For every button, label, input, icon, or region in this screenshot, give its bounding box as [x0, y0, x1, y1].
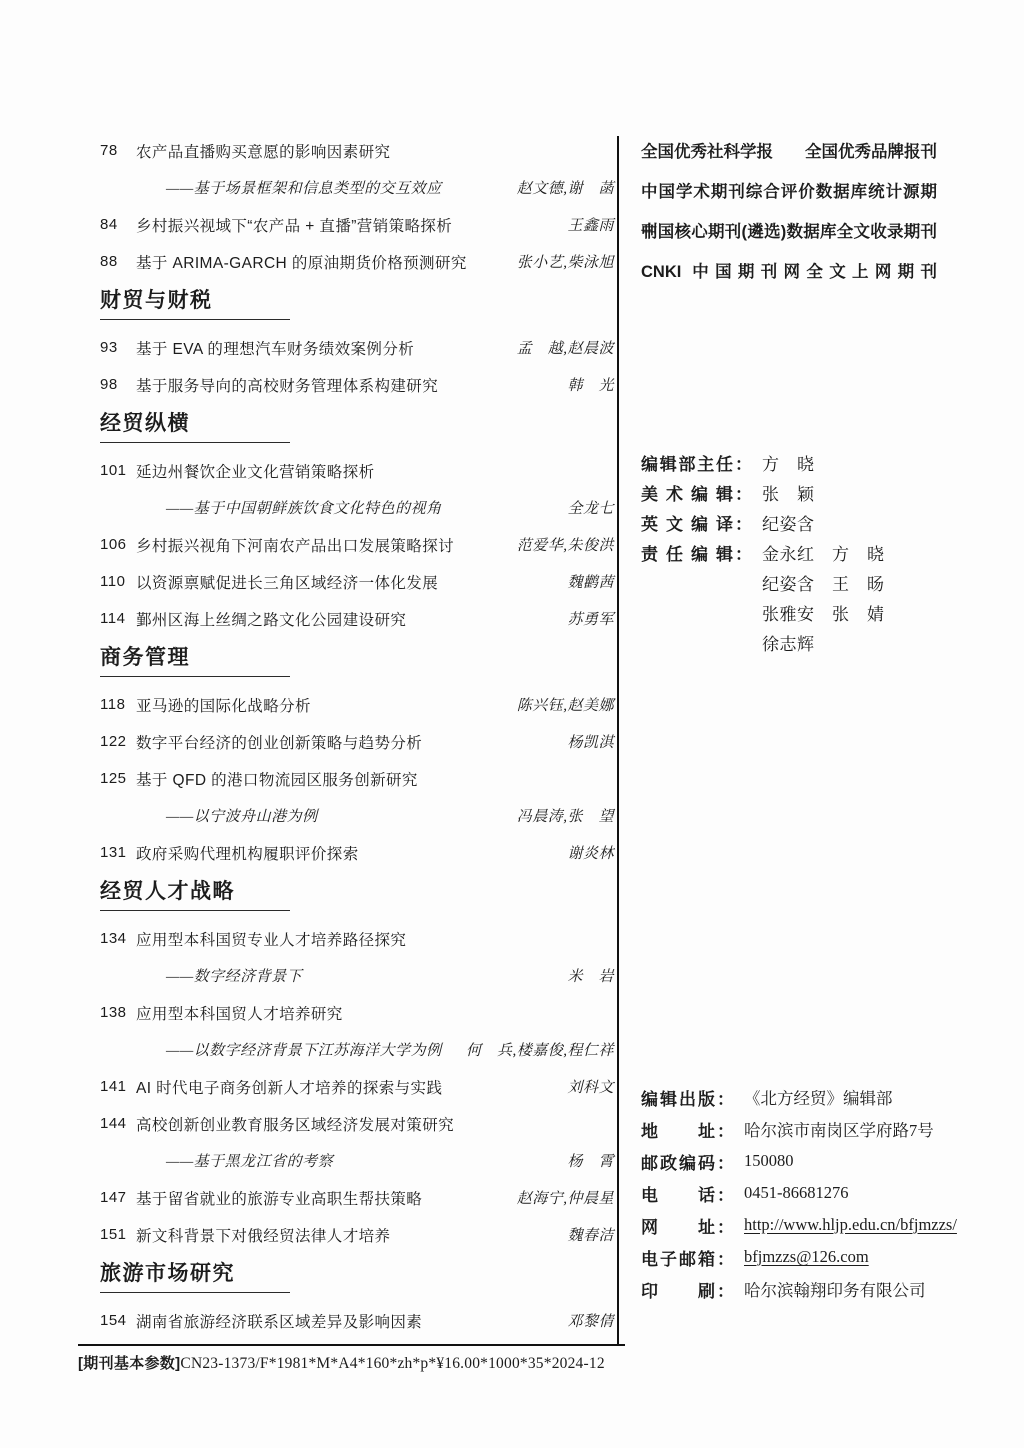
page-number: 78 — [100, 142, 136, 159]
label-colon: ： — [735, 450, 752, 475]
label-colon: ： — [717, 1181, 734, 1206]
label-colon: ： — [717, 1277, 734, 1302]
label-colon: ： — [735, 510, 752, 535]
publication-row: 印刷：哈尔滨翰翔印务有限公司 — [641, 1273, 937, 1305]
article-authors: 孟 越,赵晨波 — [507, 337, 614, 358]
toc-subtitle-row: ——基于黑龙江省的考察杨 霄 — [100, 1142, 614, 1179]
editorial-role-label: 编辑部主任 — [641, 450, 733, 475]
article-authors: 赵海宁,仲晨星 — [507, 1187, 614, 1208]
publication-field-label: 编辑出版 — [641, 1085, 715, 1110]
editorial-person-name: 张 颖 — [762, 480, 815, 505]
page-number: 93 — [100, 339, 136, 356]
toc-entry-row: 118亚马逊的国际化战略分析陈兴钰,赵美娜 — [100, 686, 614, 723]
toc-entry-row: 84乡村振兴视域下“农产品 + 直播”营销策略探析王鑫雨 — [100, 206, 614, 243]
label-colon: ： — [717, 1117, 734, 1142]
toc-entry-row: 147基于留省就业的旅游专业高职生帮扶策略赵海宁,仲晨星 — [100, 1179, 614, 1216]
publication-row: 地址：哈尔滨市南岗区学府路7号 — [641, 1113, 937, 1145]
article-title: 基于 ARIMA-GARCH 的原油期货价格预测研究 — [136, 251, 507, 273]
section-header: 经贸纵横 — [100, 411, 614, 437]
article-title: 乡村振兴视域下“农产品 + 直播”营销策略探析 — [136, 214, 557, 236]
page-number: 122 — [100, 733, 136, 750]
publication-field-value: 150080 — [744, 1151, 794, 1171]
journal-params-line: [期刊基本参数]CN23-1373/F*1981*M*A4*160*zh*p*¥… — [78, 1344, 625, 1373]
publication-field-label: 邮政编码 — [641, 1149, 715, 1174]
editorial-row: 美术编辑：张 颖 — [641, 477, 937, 507]
page-number: 88 — [100, 253, 136, 270]
article-subtitle: ——基于场景框架和信息类型的交互效应 — [136, 177, 507, 198]
toc-entry-row: 134应用型本科国贸专业人才培养路径探究 — [100, 920, 614, 957]
page-number: 134 — [100, 930, 136, 947]
publication-link[interactable]: bfjmzzs@126.com — [744, 1247, 869, 1267]
label-colon: ： — [717, 1085, 734, 1110]
accolade-row: CNKI 中国期刊网全文上网期刊 — [641, 252, 937, 292]
article-title: 延边州餐饮企业文化营销策略探析 — [136, 460, 614, 482]
page-number: 106 — [100, 536, 136, 553]
article-title: 应用型本科国贸专业人才培养路径探究 — [136, 928, 614, 950]
editorial-role-label: 责任编辑 — [641, 540, 733, 565]
accolade-row: 中国核心期刊(遴选)数据库全文收录期刊 — [641, 212, 937, 252]
article-subtitle: ——基于中国朝鲜族饮食文化特色的视角 — [136, 497, 557, 518]
section-header: 旅游市场研究 — [100, 1261, 614, 1287]
publication-row: 邮政编码：150080 — [641, 1145, 937, 1177]
toc-subtitle-row: ——以宁波舟山港为例冯晨涛,张 望 — [100, 797, 614, 834]
page-number: 151 — [100, 1226, 136, 1243]
section-header-rule — [100, 676, 290, 677]
publication-info-block: 编辑出版：《北方经贸》编辑部地址：哈尔滨市南岗区学府路7号邮政编码：150080… — [641, 1081, 937, 1305]
page-number: 125 — [100, 770, 136, 787]
label-colon: ： — [717, 1213, 734, 1238]
section-header-rule — [100, 1292, 290, 1293]
toc-subtitle-row: ——基于中国朝鲜族饮食文化特色的视角全龙七 — [100, 489, 614, 526]
page-number: 98 — [100, 376, 136, 393]
editorial-row: ：纪姿含 王 旸 — [641, 567, 937, 597]
page-number: 101 — [100, 462, 136, 479]
editorial-person-name: 纪姿含 — [762, 510, 815, 535]
page-number: 144 — [100, 1115, 136, 1132]
section-header-block: 经贸纵横 — [100, 411, 614, 443]
accolades-block: 全国优秀社科学报全国优秀品牌报刊中国学术期刊综合评价数据库统计源期刊中国核心期刊… — [641, 132, 937, 292]
article-title: 高校创新创业教育服务区域经济发展对策研究 — [136, 1113, 614, 1135]
publication-field-label: 印刷 — [641, 1277, 715, 1302]
section-header-block: 旅游市场研究 — [100, 1261, 614, 1293]
article-title: 基于 EVA 的理想汽车财务绩效案例分析 — [136, 337, 507, 359]
toc-entry-row: 122数字平台经济的创业创新策略与趋势分析杨凯淇 — [100, 723, 614, 760]
section-header-rule — [100, 442, 290, 443]
accolade-text: 全国优秀社科学报 — [641, 132, 773, 172]
page-number: 131 — [100, 844, 136, 861]
article-authors: 魏春洁 — [557, 1224, 614, 1245]
editorial-person-name: 方 晓 — [762, 450, 815, 475]
editorial-person-name: 金永红 方 晓 — [762, 540, 885, 565]
journal-toc-page: 78农产品直播购买意愿的影响因素研究——基于场景框架和信息类型的交互效应赵文德,… — [0, 0, 1024, 1448]
article-authors: 王鑫雨 — [557, 214, 614, 235]
publication-link[interactable]: http://www.hljp.edu.cn/bfjmzzs/ — [744, 1215, 957, 1235]
editorial-row: 英文编译：纪姿含 — [641, 507, 937, 537]
article-authors: 何 兵,楼嘉俊,程仁祥 — [456, 1039, 614, 1060]
accolade-text: 全国优秀品牌报刊 — [805, 132, 937, 172]
article-title: 数字平台经济的创业创新策略与趋势分析 — [136, 731, 557, 753]
toc-entry-row: 88基于 ARIMA-GARCH 的原油期货价格预测研究张小艺,柴泳旭 — [100, 243, 614, 280]
editorial-person-name: 纪姿含 王 旸 — [762, 570, 885, 595]
page-number: 110 — [100, 573, 136, 590]
article-authors: 张小艺,柴泳旭 — [507, 251, 614, 272]
article-title: 新文科背景下对俄经贸法律人才培养 — [136, 1224, 557, 1246]
editorial-role-label: 英文编译 — [641, 510, 733, 535]
editorial-person-name: 张雅安 张 婧 — [762, 600, 885, 625]
section-header-block: 财贸与财税 — [100, 288, 614, 320]
publication-field-value: 哈尔滨翰翔印务有限公司 — [744, 1277, 926, 1301]
article-authors: 陈兴钰,赵美娜 — [507, 694, 614, 715]
section-header: 财贸与财税 — [100, 288, 614, 314]
editorial-row: ：徐志辉 — [641, 627, 937, 657]
article-authors: 谢炎林 — [557, 842, 614, 863]
label-colon: ： — [717, 1245, 734, 1270]
publication-row: 电话：0451-86681276 — [641, 1177, 937, 1209]
section-header: 商务管理 — [100, 645, 614, 671]
page-number: 147 — [100, 1189, 136, 1206]
article-title: 应用型本科国贸人才培养研究 — [136, 1002, 614, 1024]
article-authors: 赵文德,谢 菡 — [507, 177, 614, 198]
editorial-person-name: 徐志辉 — [762, 630, 815, 655]
article-subtitle: ——基于黑龙江省的考察 — [136, 1150, 557, 1171]
article-title: 基于留省就业的旅游专业高职生帮扶策略 — [136, 1187, 507, 1209]
accolade-row: 中国学术期刊综合评价数据库统计源期刊 — [641, 172, 937, 212]
toc-entry-row: 141AI 时代电子商务创新人才培养的探索与实践刘科文 — [100, 1068, 614, 1105]
page-number: 114 — [100, 610, 136, 627]
article-authors: 苏勇军 — [557, 608, 614, 629]
article-title: 政府采购代理机构履职评价探索 — [136, 842, 557, 864]
article-subtitle: ——以宁波舟山港为例 — [136, 805, 507, 826]
publication-field-value: 0451-86681276 — [744, 1183, 849, 1203]
publication-field-value: 哈尔滨市南岗区学府路7号 — [744, 1117, 934, 1141]
article-title: 乡村振兴视角下河南农产品出口发展策略探讨 — [136, 534, 507, 556]
label-colon: ： — [735, 480, 752, 505]
editorial-row: 编辑部主任：方 晓 — [641, 447, 937, 477]
toc-subtitle-row: ——基于场景框架和信息类型的交互效应赵文德,谢 菡 — [100, 169, 614, 206]
article-authors: 全龙七 — [557, 497, 614, 518]
article-authors: 米 岩 — [557, 965, 614, 986]
page-number: 154 — [100, 1312, 136, 1329]
toc-entry-row: 151新文科背景下对俄经贸法律人才培养魏春洁 — [100, 1216, 614, 1253]
article-authors: 冯晨涛,张 望 — [507, 805, 614, 826]
toc-entry-row: 154湖南省旅游经济联系区域差异及影响因素邓黎倩 — [100, 1302, 614, 1339]
article-authors: 范爱华,朱俊洪 — [507, 534, 614, 555]
toc-entry-row: 93基于 EVA 的理想汽车财务绩效案例分析孟 越,赵晨波 — [100, 329, 614, 366]
article-title: 以资源禀赋促进长三角区域经济一体化发展 — [136, 571, 557, 593]
article-authors: 韩 光 — [557, 374, 614, 395]
section-header-rule — [100, 319, 290, 320]
toc-entry-row: 78农产品直播购买意愿的影响因素研究 — [100, 132, 614, 169]
article-subtitle: ——数字经济背景下 — [136, 965, 557, 986]
article-authors: 魏鹳茜 — [557, 571, 614, 592]
toc-entry-row: 101延边州餐饮企业文化营销策略探析 — [100, 452, 614, 489]
page-number: 141 — [100, 1078, 136, 1095]
page-number: 138 — [100, 1004, 136, 1021]
accolade-row: 全国优秀社科学报全国优秀品牌报刊 — [641, 132, 937, 172]
publication-row: 编辑出版：《北方经贸》编辑部 — [641, 1081, 937, 1113]
section-header: 经贸人才战略 — [100, 879, 614, 905]
article-authors: 杨 霄 — [557, 1150, 614, 1171]
page-number: 118 — [100, 696, 136, 713]
editorial-row: ：张雅安 张 婧 — [641, 597, 937, 627]
toc-entry-row: 114鄞州区海上丝绸之路文化公园建设研究苏勇军 — [100, 600, 614, 637]
publication-row: 网址：http://www.hljp.edu.cn/bfjmzzs/ — [641, 1209, 937, 1241]
toc-entry-row: 138应用型本科国贸人才培养研究 — [100, 994, 614, 1031]
section-header-block: 商务管理 — [100, 645, 614, 677]
article-authors: 杨凯淇 — [557, 731, 614, 752]
toc-subtitle-row: ——以数字经济背景下江苏海洋大学为例何 兵,楼嘉俊,程仁祥 — [100, 1031, 614, 1068]
article-title: 鄞州区海上丝绸之路文化公园建设研究 — [136, 608, 557, 630]
toc-subtitle-row: ——数字经济背景下米 岩 — [100, 957, 614, 994]
toc-entry-row: 131政府采购代理机构履职评价探索谢炎林 — [100, 834, 614, 871]
publication-field-label: 电子邮箱 — [641, 1245, 715, 1270]
page-number: 84 — [100, 216, 136, 233]
editorial-row: 责任编辑：金永红 方 晓 — [641, 537, 937, 567]
article-title: 湖南省旅游经济联系区域差异及影响因素 — [136, 1310, 557, 1332]
publication-field-label: 地址 — [641, 1117, 715, 1142]
label-colon: ： — [717, 1149, 734, 1174]
article-subtitle: ——以数字经济背景下江苏海洋大学为例 — [136, 1039, 456, 1060]
editorial-role-label: 美术编辑 — [641, 480, 733, 505]
label-colon: ： — [735, 540, 752, 565]
article-title: 亚马逊的国际化战略分析 — [136, 694, 507, 716]
article-title: 基于服务导向的高校财务管理体系构建研究 — [136, 374, 557, 396]
params-prefix: [期刊基本参数] — [78, 1355, 180, 1372]
params-value: CN23-1373/F*1981*M*A4*160*zh*p*¥16.00*10… — [180, 1355, 604, 1372]
publication-field-value: 《北方经贸》编辑部 — [744, 1085, 893, 1109]
toc: 78农产品直播购买意愿的影响因素研究——基于场景框架和信息类型的交互效应赵文德,… — [100, 132, 614, 1339]
toc-entry-row: 98基于服务导向的高校财务管理体系构建研究韩 光 — [100, 366, 614, 403]
publication-row: 电子邮箱：bfjmzzs@126.com — [641, 1241, 937, 1273]
article-title: AI 时代电子商务创新人才培养的探索与实践 — [136, 1076, 557, 1098]
publication-field-label: 电话 — [641, 1181, 715, 1206]
toc-entry-row: 144高校创新创业教育服务区域经济发展对策研究 — [100, 1105, 614, 1142]
toc-entry-row: 110以资源禀赋促进长三角区域经济一体化发展魏鹳茜 — [100, 563, 614, 600]
toc-entry-row: 106乡村振兴视角下河南农产品出口发展策略探讨范爱华,朱俊洪 — [100, 526, 614, 563]
article-authors: 刘科文 — [557, 1076, 614, 1097]
column-divider — [617, 136, 619, 1344]
editorial-staff-block: 编辑部主任：方 晓美术编辑：张 颖英文编译：纪姿含责任编辑：金永红 方 晓：纪姿… — [641, 447, 937, 657]
section-header-rule — [100, 910, 290, 911]
article-title: 基于 QFD 的港口物流园区服务创新研究 — [136, 768, 614, 790]
toc-entry-row: 125基于 QFD 的港口物流园区服务创新研究 — [100, 760, 614, 797]
section-header-block: 经贸人才战略 — [100, 879, 614, 911]
article-authors: 邓黎倩 — [557, 1310, 614, 1331]
publication-field-label: 网址 — [641, 1213, 715, 1238]
article-title: 农产品直播购买意愿的影响因素研究 — [136, 140, 614, 162]
